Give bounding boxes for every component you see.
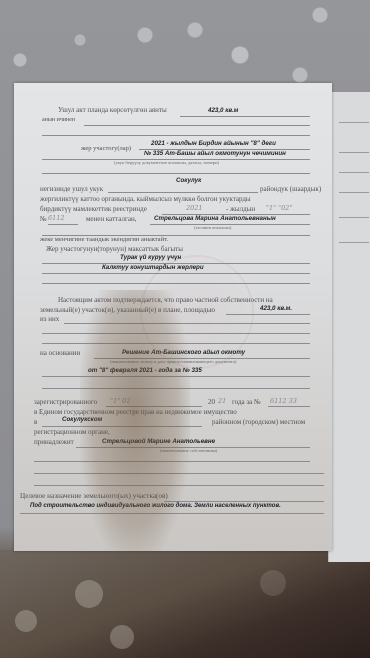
divider (42, 273, 310, 274)
divider (106, 406, 202, 407)
handwritten-number: 6112 (48, 215, 65, 222)
land-basis-line1: 2021 - жылдын Бирдин айынын "8" деги (151, 141, 276, 147)
handwritten-date: "1" "02" (266, 205, 292, 212)
divider (20, 513, 324, 514)
flower-pattern (260, 570, 286, 596)
registry-text-ru-4: регистрационном органе, (34, 429, 110, 436)
area-label: Ушул акт планда көрсөтүлгөн аянты (58, 107, 167, 114)
divider (339, 172, 369, 173)
registration-text-ky-2: жергиликтүү каттоо органында, кыймылсыз … (40, 196, 251, 203)
handwritten-number-ru: 6112 33 (270, 398, 297, 405)
divider (180, 116, 310, 117)
divider (339, 192, 369, 193)
basis-label-ru: на основании (40, 350, 80, 357)
registry-text-ru-3-suffix: районном (городском) местном (212, 419, 305, 426)
confirmation-ru-2: земельный(е) участок(и), указанный(е) в … (40, 307, 215, 314)
owner-name-ru: Стрельцовой Марине Анатольевне (102, 439, 215, 445)
basis-caption-ru: (наименование, номер и дата правоустанав… (110, 360, 236, 365)
divider (48, 224, 78, 225)
divider (339, 242, 369, 243)
area-sublabel: анын ичинен (42, 117, 75, 123)
registration-text-ky-1: негизинде ушул укук (40, 186, 103, 193)
purpose-value-ru: Под строительство индивидуального жилого… (30, 503, 281, 509)
divider (64, 323, 310, 324)
district-value-ru: Сокулукском (62, 417, 102, 423)
owner-caption-ky: (ээсинин аталышы) (194, 226, 231, 231)
flower-pattern (75, 580, 103, 608)
land-basis-caption: (укук берүүчү документтин аталышы, датас… (114, 161, 219, 166)
purpose-value-ky-2: Калктуу конуштардын жерлери (102, 265, 204, 271)
divider (42, 135, 310, 136)
flower-pattern (15, 610, 37, 632)
area-value: 423,0 кв.м (208, 108, 238, 114)
district-value-ky: Сокулук (176, 178, 201, 184)
number-prefix: № (40, 216, 47, 223)
right-page-edge (328, 92, 370, 562)
divider (339, 122, 369, 123)
registration-year-label: - жылдын (226, 206, 255, 213)
purpose-value-ky-1: Турак үй куруу үчүн (120, 255, 181, 261)
confirmation-ru-3: из них (40, 316, 59, 323)
divider (108, 192, 258, 193)
land-basis-line2: № 335 Ат-Башы айыл окмотунун чечиминин (144, 151, 286, 157)
divider (226, 314, 310, 315)
divider (34, 473, 324, 474)
document-page: Ушул акт планда көрсөтүлгөн аянты 423,0 … (14, 83, 332, 551)
belongs-label-ru: принадлежит (34, 439, 74, 446)
registration-text-ky-1-suffix: райондук (шаардык) (260, 186, 321, 193)
area-value-ru: 423,0 кв.м. (260, 306, 292, 312)
year-suffix-ru: года за № (232, 399, 261, 406)
divider (42, 343, 310, 344)
divider (34, 485, 324, 486)
registry-text-ru-2: в Едином государственном реестре прав на… (34, 409, 237, 416)
owner-caption-ru: (наименование собственника) (160, 449, 217, 454)
land-plot-label: жер участогу(лар) (81, 146, 131, 153)
handwritten-year: 2021 (186, 205, 203, 212)
registry-text-ru-3-prefix: в (34, 419, 37, 426)
flower-pattern (110, 625, 134, 649)
registered-with-label: менен катталган, (86, 216, 136, 223)
divider (42, 333, 310, 334)
divider (34, 461, 310, 462)
basis-value-ru-2: от "8" февраля 2021 - года за № 335 (88, 368, 202, 374)
registration-text-ky-3: бирдиктүү мамлекеттик реестринде (40, 206, 147, 213)
divider (268, 406, 310, 407)
handwritten-year-ru: 21 (218, 398, 226, 405)
divider (42, 388, 310, 389)
purpose-label-ru: Целевое назначение земельного(ых) участк… (20, 493, 168, 500)
divider (84, 125, 310, 126)
ownership-confirmation-ky: жеке менчигине таандык экендигин аныктай… (40, 237, 168, 244)
year-prefix-ru: 20 (208, 399, 215, 406)
divider (42, 426, 202, 427)
divider (339, 152, 369, 153)
divider (339, 217, 369, 218)
bottom-shadow-area (0, 550, 370, 658)
divider (164, 501, 324, 502)
handwritten-date-ru: "1" 02 (110, 398, 130, 405)
divider (42, 283, 310, 284)
registered-label-ru: зарегистрированного (34, 399, 97, 406)
purpose-label-ky: Жер участогунун(торунун) максаттык багыт… (46, 246, 183, 253)
divider (42, 376, 310, 377)
divider (42, 173, 310, 174)
owner-name-ky: Стрельцова Марина Анатольевнанын (154, 216, 276, 222)
basis-value-ru-1: Решение Ат-Башинского айыл окмоту (122, 350, 245, 356)
confirmation-ru-1: Настоящим актом подтверждается, что прав… (58, 297, 273, 304)
